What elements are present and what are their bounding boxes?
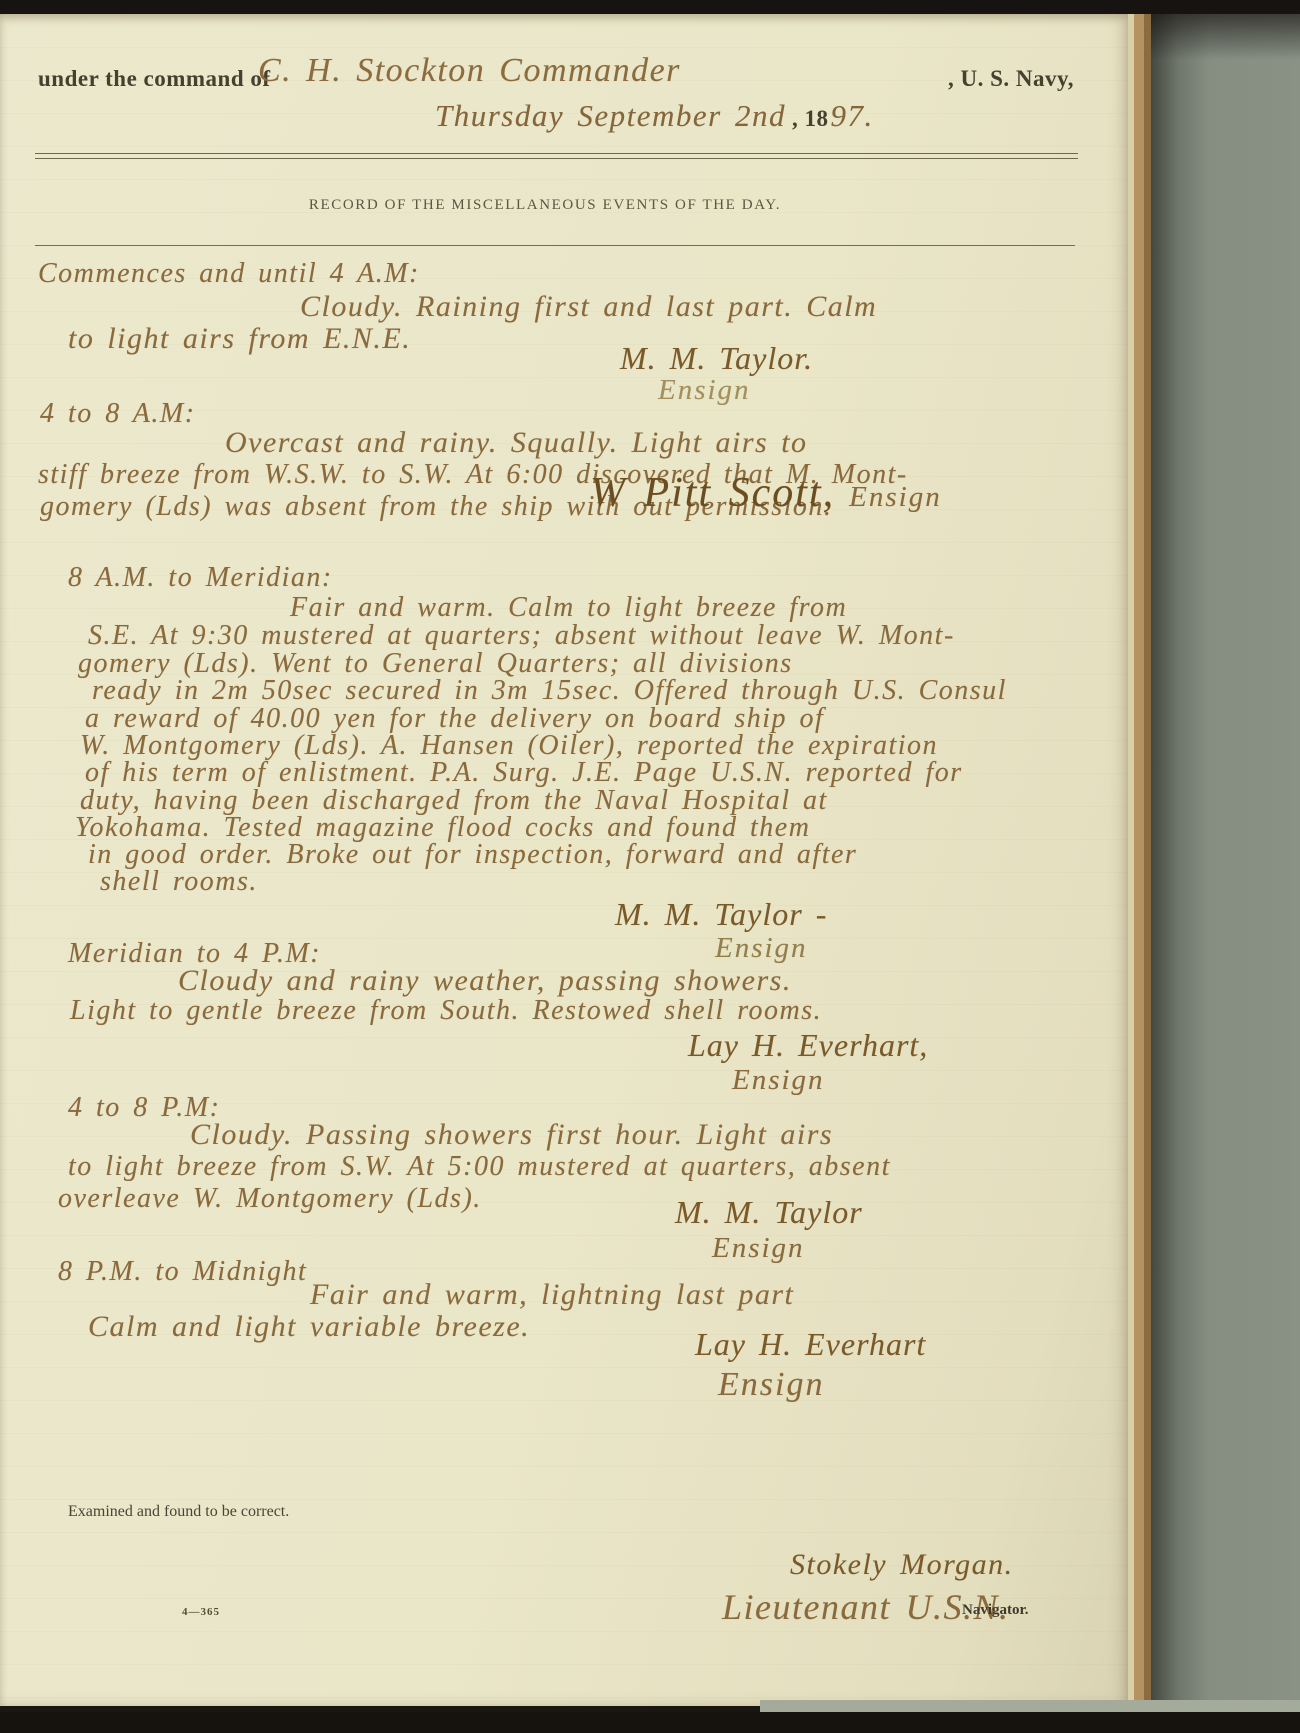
entry-5-line-3: overleave W. Montgomery (Lds). [58,1183,482,1215]
date-printed-18: , 18 [792,106,829,132]
navigator-signature: Stokely Morgan. [790,1548,1014,1582]
section-rule [35,245,1075,246]
date-year-handwritten: 97. [830,98,873,134]
date-line: Thursday September 2nd , 18 97. [435,98,874,134]
bottom-shadow-strip [0,1712,1300,1733]
entry-6-heading: 8 P.M. to Midnight [58,1256,307,1288]
scanner-background [1150,0,1300,1733]
entry-4-line-1: Cloudy and rainy weather, passing shower… [178,964,792,998]
entry-5-line-1: Cloudy. Passing showers first hour. Ligh… [190,1118,833,1152]
entry-6-signature: Lay H. Everhart [695,1326,926,1363]
entry-1-signature-title: Ensign [658,374,751,407]
entry-5-signature: M. M. Taylor [675,1194,863,1231]
entry-2-signature: W Pitt Scott, [590,469,835,517]
section-heading: RECORD OF THE MISCELLANEOUS EVENTS OF TH… [0,197,1090,214]
entry-4-signature: Lay H. Everhart, [688,1027,928,1064]
entry-1-line-1: Cloudy. Raining first and last part. Cal… [300,290,877,324]
entry-6-signature-title: Ensign [718,1366,824,1404]
header-double-rule [35,153,1078,159]
top-shadow-strip [0,0,1300,14]
examined-statement: Examined and found to be correct. [68,1503,289,1521]
entry-2-signature-title: Ensign [849,481,942,514]
entry-1-heading: Commences and until 4 A.M: [38,258,420,290]
entry-5-signature-title: Ensign [712,1232,805,1265]
logbook-page: under the command of C. H. Stockton Comm… [0,14,1128,1706]
navigator-printed-label: Navigator. [962,1602,1029,1619]
entry-3-signature: M. M. Taylor - [615,896,827,933]
entry-3-signature-title: Ensign [715,932,808,965]
entry-1-signature: M. M. Taylor. [620,340,813,377]
entry-3-heading: 8 A.M. to Meridian: [68,562,333,594]
entry-5-line-2: to light breeze from S.W. At 5:00 muster… [68,1151,891,1183]
book-fore-edge [1134,4,1144,1716]
entry-4-signature-title: Ensign [732,1064,825,1097]
printed-command-prefix: under the command of [38,66,271,92]
entry-3-line-11: shell rooms. [100,866,258,898]
book-fore-edge-dark [1144,2,1151,1718]
entry-2-heading: 4 to 8 A.M: [40,398,196,430]
entry-2-line-1: Overcast and rainy. Squally. Light airs … [225,426,808,460]
entry-2-signature-row: W Pitt Scott, Ensign [590,469,942,517]
printed-navy-suffix: , U. S. Navy, [948,66,1074,92]
entry-6-line-2: Calm and light variable breeze. [88,1310,530,1344]
entry-6-line-1: Fair and warm, lightning last part [310,1278,794,1312]
commander-signature-handwritten: C. H. Stockton Commander [258,52,681,90]
scanned-logbook-photo: under the command of C. H. Stockton Comm… [0,0,1300,1733]
entry-1-line-2: to light airs from E.N.E. [68,322,411,356]
entry-4-line-2: Light to gentle breeze from South. Resto… [70,995,822,1027]
form-number: 4—365 [182,1606,220,1618]
date-handwritten: Thursday September 2nd [435,98,786,134]
